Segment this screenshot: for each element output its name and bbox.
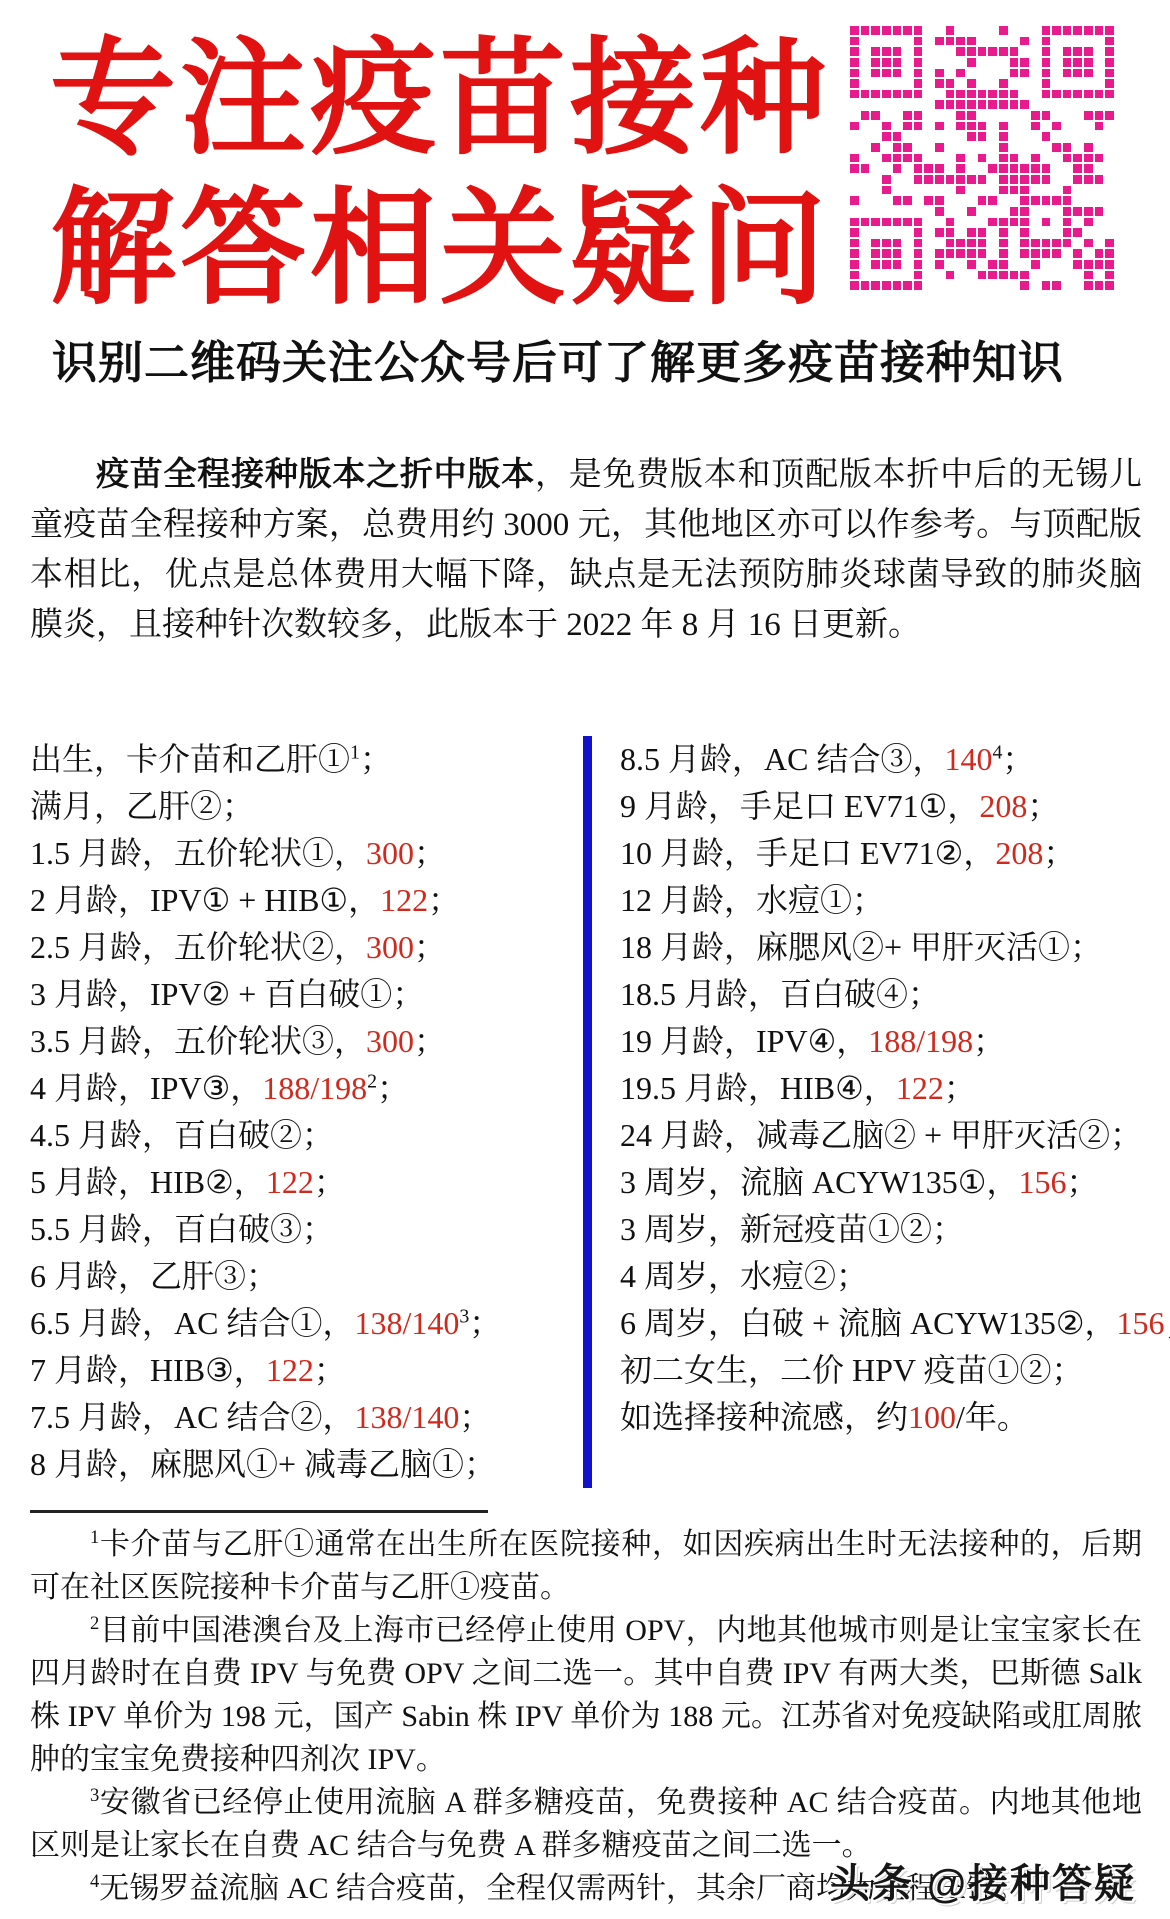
schedule-right-column: 8.5 月龄，AC 结合③，1404；9 月龄，手足口 EV71①，208；10… xyxy=(620,736,1170,1488)
schedule-item-text: 出生，卡介苗和乙肝① xyxy=(30,741,350,777)
schedule-item-price: 300 xyxy=(366,1023,414,1059)
schedule-item-tail: ； xyxy=(1043,835,1075,871)
schedule-item-tail: ； xyxy=(1110,1117,1142,1153)
schedule-item-text: 6 月龄，乙肝③ xyxy=(30,1258,246,1294)
schedule-item-price: 122 xyxy=(266,1164,314,1200)
schedule-item-text: 19.5 月龄，HIB④， xyxy=(620,1070,896,1106)
schedule-item: 8.5 月龄，AC 结合③，1404； xyxy=(620,736,1170,783)
schedule-item: 2 月龄，IPV① + HIB①，122； xyxy=(30,877,555,924)
schedule-item-tail: ； xyxy=(1066,1164,1098,1200)
schedule-item-tail: ； xyxy=(428,882,460,918)
schedule-item-price: 122 xyxy=(266,1352,314,1388)
schedule-item-price: 300 xyxy=(366,835,414,871)
schedule-item-tail: ； xyxy=(314,1164,346,1200)
schedule-item-tail: ； xyxy=(852,882,884,918)
schedule-item-text: 7 月龄，HIB③， xyxy=(30,1352,266,1388)
schedule-item-text: 2.5 月龄，五价轮状②， xyxy=(30,929,366,965)
footnote-text: 卡介苗与乙肝①通常在出生所在医院接种，如因疾病出生时无法接种的，后期可在社区医院… xyxy=(30,1528,1142,1604)
schedule-item: 7.5 月龄，AC 结合②，138/140； xyxy=(30,1394,555,1441)
schedule-item: 3.5 月龄，五价轮状③，300； xyxy=(30,1018,555,1065)
intro-paragraph: 疫苗全程接种版本之折中版本，是免费版本和顶配版本折中后的无锡儿童疫苗全程接种方案… xyxy=(30,450,1142,650)
schedule-item-text: 5.5 月龄，百白破③ xyxy=(30,1211,302,1247)
schedule-item-tail: ； xyxy=(360,741,392,777)
schedule-item: 6 月龄，乙肝③； xyxy=(30,1253,555,1300)
schedule-item-tail: ； xyxy=(302,1117,334,1153)
schedule-item-price: 188/198 xyxy=(262,1070,367,1106)
column-divider xyxy=(583,736,592,1488)
qr-code xyxy=(850,26,1114,290)
schedule-item-tail: ； xyxy=(1070,929,1102,965)
footnote-text: 安徽省已经停止使用流脑 A 群多糖疫苗，免费接种 AC 结合疫苗。内地其他地区则… xyxy=(30,1786,1142,1862)
footnote-number: 1 xyxy=(90,1527,99,1548)
schedule-item: 18 月龄，麻腮风②+ 甲肝灭活①； xyxy=(620,924,1170,971)
schedule-item: 2.5 月龄，五价轮状②，300； xyxy=(30,924,555,971)
schedule-item-text: 3 周岁，流脑 ACYW135①， xyxy=(620,1164,1018,1200)
schedule-item: 18.5 月龄，百白破④； xyxy=(620,971,1170,1018)
schedule-item-text: 19 月龄，IPV④， xyxy=(620,1023,868,1059)
schedule-item-text: 18.5 月龄，百白破④ xyxy=(620,976,908,1012)
schedule-item-tail: ； xyxy=(392,976,424,1012)
schedule-item-price: 156 xyxy=(1117,1305,1165,1341)
schedule-item-tail: ； xyxy=(302,1211,334,1247)
schedule-item-text: 5 月龄，HIB②， xyxy=(30,1164,266,1200)
schedule-item-tail: ； xyxy=(246,1258,278,1294)
schedule-item-tail: ； xyxy=(1002,741,1034,777)
schedule-item-text: 初二女生，二价 HPV 疫苗①② xyxy=(620,1352,1051,1388)
schedule-item-text: 3 周岁，新冠疫苗①② xyxy=(620,1211,932,1247)
schedule-item-text: 满月，乙肝② xyxy=(30,788,222,824)
schedule-item: 6.5 月龄，AC 结合①，138/1403； xyxy=(30,1300,555,1347)
schedule-item: 9 月龄，手足口 EV71①，208； xyxy=(620,783,1170,830)
footnote-ref: 2 xyxy=(367,1070,377,1092)
schedule-item: 4 月龄，IPV③，188/1982； xyxy=(30,1065,555,1112)
schedule-item: 5.5 月龄，百白破③； xyxy=(30,1206,555,1253)
footnote-ref: 3 xyxy=(459,1305,469,1327)
schedule-item-text: 4 周岁，水痘② xyxy=(620,1258,836,1294)
schedule-item-text: 7.5 月龄，AC 结合②， xyxy=(30,1399,354,1435)
footnote-text: 目前中国港澳台及上海市已经停止使用 OPV，内地其他城市则是让宝宝家长在四月龄时… xyxy=(30,1614,1142,1776)
schedule-item-text: 2 月龄，IPV① + HIB①， xyxy=(30,882,380,918)
schedule-item-tail: ； xyxy=(314,1352,346,1388)
schedule-item-price: 100 xyxy=(908,1399,956,1435)
schedule-item-tail: ； xyxy=(459,1399,491,1435)
schedule-item-price: 156 xyxy=(1018,1164,1066,1200)
schedule-item-tail: ； xyxy=(973,1023,1005,1059)
schedule-item-tail: ； xyxy=(1027,788,1059,824)
footnote: 2目前中国港澳台及上海市已经停止使用 OPV，内地其他城市则是让宝宝家长在四月龄… xyxy=(30,1609,1142,1781)
schedule-item: 出生，卡介苗和乙肝①1； xyxy=(30,736,555,783)
schedule-item: 24 月龄，减毒乙脑② + 甲肝灭活②； xyxy=(620,1112,1170,1159)
schedule-item-tail: ； xyxy=(414,835,446,871)
schedule-item-tail: ； xyxy=(377,1070,409,1106)
schedule-item: 3 周岁，流脑 ACYW135①，156； xyxy=(620,1159,1170,1206)
schedule-item: 满月，乙肝②； xyxy=(30,783,555,830)
schedule-item-price: 138/140 xyxy=(354,1399,459,1435)
schedule-item-text: 8 月龄，麻腮风①+ 减毒乙脑① xyxy=(30,1446,464,1482)
footnote-ref: 4 xyxy=(992,741,1002,763)
schedule-item-tail: ； xyxy=(464,1446,496,1482)
schedule-item-text: 8.5 月龄，AC 结合③， xyxy=(620,741,944,777)
schedule-item: 7 月龄，HIB③，122； xyxy=(30,1347,555,1394)
footnote-ref: 1 xyxy=(350,741,360,763)
schedule-item: 6 周岁，白破 + 流脑 ACYW135②，156； xyxy=(620,1300,1170,1347)
schedule-item-tail: ； xyxy=(932,1211,964,1247)
schedule-item-text: 12 月龄，水痘① xyxy=(620,882,852,918)
footnote-number: 4 xyxy=(90,1871,99,1892)
schedule-item-text: 9 月龄，手足口 EV71①， xyxy=(620,788,979,824)
schedule-item-price: 188/198 xyxy=(868,1023,973,1059)
schedule-item-tail: ； xyxy=(222,788,254,824)
schedule-item-text: 1.5 月龄，五价轮状①， xyxy=(30,835,366,871)
schedule-item-tail: ； xyxy=(908,976,940,1012)
schedule-item-tail: ； xyxy=(469,1305,501,1341)
intro-lead: 疫苗全程接种版本之折中版本 xyxy=(96,457,535,493)
schedule-item-tail: ； xyxy=(414,929,446,965)
schedule-item: 如选择接种流感，约100/年。 xyxy=(620,1394,1170,1441)
schedule-item-price: 300 xyxy=(366,929,414,965)
footnote: 1卡介苗与乙肝①通常在出生所在医院接种，如因疾病出生时无法接种的，后期可在社区医… xyxy=(30,1523,1142,1609)
title-line-1: 专注疫苗接种 xyxy=(50,26,850,176)
schedule-item-text: 18 月龄，麻腮风②+ 甲肝灭活① xyxy=(620,929,1070,965)
schedule-item: 3 月龄，IPV② + 百白破①； xyxy=(30,971,555,1018)
schedule-item: 19 月龄，IPV④，188/198； xyxy=(620,1018,1170,1065)
schedule-item-tail: ； xyxy=(944,1070,976,1106)
title-line-2: 解答相关疑问 xyxy=(50,176,850,326)
schedule-item: 3 周岁，新冠疫苗①②； xyxy=(620,1206,1170,1253)
schedule-item: 12 月龄，水痘①； xyxy=(620,877,1170,924)
schedule-item: 初二女生，二价 HPV 疫苗①②； xyxy=(620,1347,1170,1394)
schedule-item-text: 10 月龄，手足口 EV71②， xyxy=(620,835,995,871)
schedule-item-text: 3 月龄，IPV② + 百白破① xyxy=(30,976,392,1012)
schedule-item-text: 4 月龄，IPV③， xyxy=(30,1070,262,1106)
schedule-item-tail: ； xyxy=(1051,1352,1083,1388)
schedule-item-text: 6.5 月龄，AC 结合①， xyxy=(30,1305,354,1341)
schedule-item-price: 208 xyxy=(995,835,1043,871)
footnote-rule xyxy=(30,1510,488,1513)
footnote-number: 3 xyxy=(90,1785,99,1806)
watermark: 头条 @接种答疑 xyxy=(830,1852,1136,1909)
schedule-item: 19.5 月龄，HIB④，122； xyxy=(620,1065,1170,1112)
footnote-number: 2 xyxy=(90,1613,99,1634)
schedule-item-tail: ； xyxy=(1165,1305,1170,1341)
schedule-item-tail: /年。 xyxy=(956,1399,1029,1435)
header-title-block: 专注疫苗接种 解答相关疑问 xyxy=(0,0,850,326)
schedule-item-text: 6 周岁，白破 + 流脑 ACYW135②， xyxy=(620,1305,1117,1341)
schedule-item-price: 140 xyxy=(944,741,992,777)
schedule-item-price: 208 xyxy=(979,788,1027,824)
subtitle: 识别二维码关注公众号后可了解更多疫苗接种知识 xyxy=(0,336,1170,390)
poster-page: 专注疫苗接种 解答相关疑问 识别二维码关注公众号后可了解更多疫苗接种知识 疫苗全… xyxy=(0,0,1170,1919)
schedule-item: 4.5 月龄，百白破②； xyxy=(30,1112,555,1159)
schedule-left-column: 出生，卡介苗和乙肝①1；满月，乙肝②；1.5 月龄，五价轮状①，300；2 月龄… xyxy=(30,736,555,1488)
schedule-item: 5 月龄，HIB②，122； xyxy=(30,1159,555,1206)
schedule-item-tail: ； xyxy=(836,1258,868,1294)
schedule-item-tail: ； xyxy=(414,1023,446,1059)
schedule-item-text: 4.5 月龄，百白破② xyxy=(30,1117,302,1153)
schedule-item-price: 138/140 xyxy=(354,1305,459,1341)
schedule-item-text: 24 月龄，减毒乙脑② + 甲肝灭活② xyxy=(620,1117,1110,1153)
schedule-item: 4 周岁，水痘②； xyxy=(620,1253,1170,1300)
schedule-item-text: 如选择接种流感，约 xyxy=(620,1399,908,1435)
schedule-item: 1.5 月龄，五价轮状①，300； xyxy=(30,830,555,877)
schedule-item-text: 3.5 月龄，五价轮状③， xyxy=(30,1023,366,1059)
schedule-item: 8 月龄，麻腮风①+ 减毒乙脑①； xyxy=(30,1441,555,1488)
schedule-item-price: 122 xyxy=(380,882,428,918)
schedule-item-price: 122 xyxy=(896,1070,944,1106)
schedule-item: 10 月龄，手足口 EV71②，208； xyxy=(620,830,1170,877)
vaccine-schedule: 出生，卡介苗和乙肝①1；满月，乙肝②；1.5 月龄，五价轮状①，300；2 月龄… xyxy=(0,736,1170,1488)
